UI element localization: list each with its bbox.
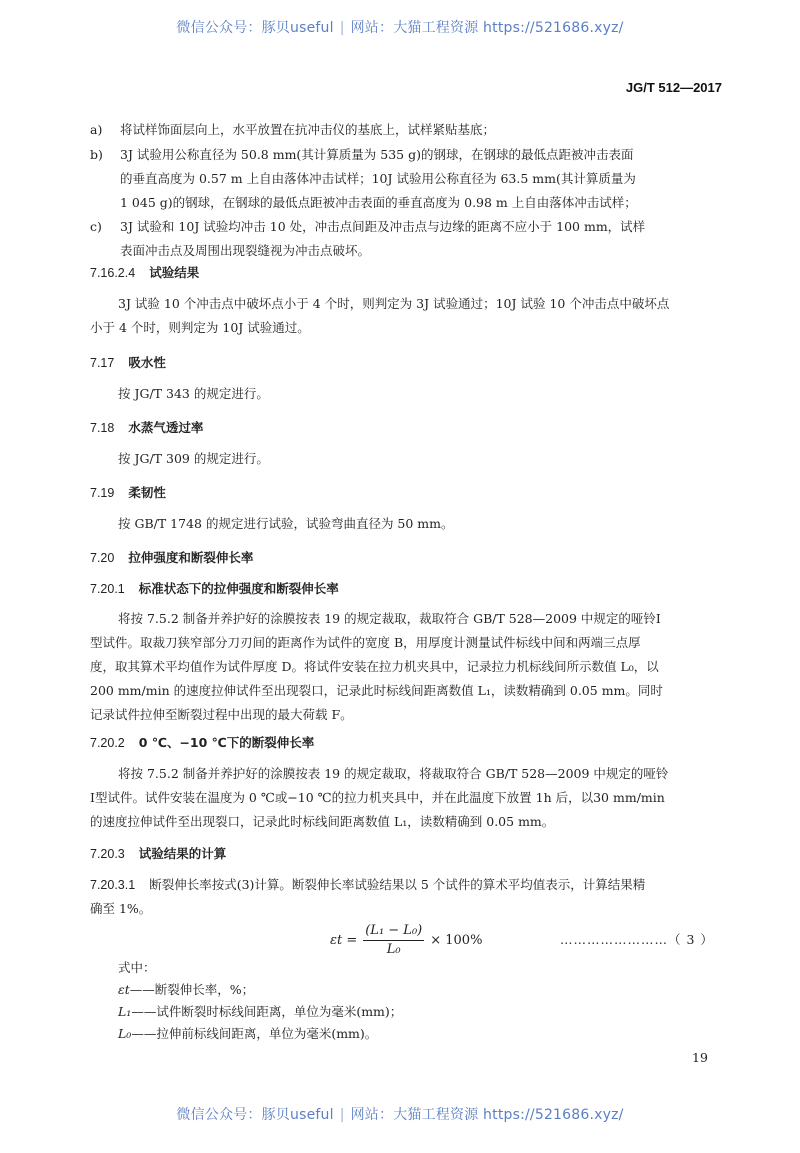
paragraph-line: 的速度拉伸试件至出现裂口，记录此时标线间距离数值 L₁，读数精确到 0.05 m… <box>90 810 730 834</box>
where-item-epsilon: εt——断裂伸长率，%； <box>118 978 254 1002</box>
paragraph-7-19: 按 GB/T 1748 的规定进行试验，试验弯曲直径为 50 mm。 <box>118 512 454 536</box>
section-heading-7-17: 7.17吸水性 <box>90 351 166 375</box>
watermark-wechat: 微信公众号：豚贝useful <box>176 1107 333 1123</box>
watermark-wechat: 微信公众号：豚贝useful <box>176 20 333 36</box>
where-symbol: L₀ <box>118 1026 131 1041</box>
section-heading-7-18: 7.18水蒸气透过率 <box>90 416 203 440</box>
list-text: 表面冲击点及周围出现裂缝视为冲击点破坏。 <box>120 239 730 263</box>
paragraph-7-16-2-4-cont: 小于 4 个时，则判定为 10J 试验通过。 <box>90 316 730 340</box>
section-title: 拉伸强度和断裂伸长率 <box>128 550 253 565</box>
list-text: 1 045 g)的钢球，在钢球的最低点距被冲击表面的垂直高度为 0.98 m 上… <box>120 191 730 215</box>
paragraph-7-20-1-cont: 型试件。取裁刀狭窄部分刀刃间的距离作为试件的宽度 B，用厚度计测量试件标线中间和… <box>90 631 730 727</box>
section-number: 7.19 <box>90 486 114 500</box>
section-number: 7.16.2.4 <box>90 266 135 280</box>
list-text: 3J 试验用公称直径为 50.8 mm(其计算质量为 535 g)的钢球，在钢球… <box>120 143 730 167</box>
formula-numerator: (L₁ − L₀) <box>363 922 424 941</box>
section-heading-7-20: 7.20拉伸强度和断裂伸长率 <box>90 546 253 570</box>
paragraph-line: Ⅰ型试件。试件安装在温度为 0 ℃或−10 ℃的拉力机夹具中，并在此温度下放置 … <box>90 786 730 810</box>
paragraph-line: 度，取其算术平均值作为试件厚度 D。将试件安装在拉力机夹具中，记录拉力机标线间所… <box>90 655 730 679</box>
paragraph-7-16-2-4: 3J 试验 10 个冲击点中破坏点小于 4 个时，则判定为 3J 试验通过；10… <box>90 292 730 316</box>
section-heading-7-20-3: 7.20.3试验结果的计算 <box>90 842 226 866</box>
paragraph-7-18: 按 JG/T 309 的规定进行。 <box>118 447 269 471</box>
watermark-website: 网站：大猫工程资源 https://521686.xyz/ <box>351 20 624 36</box>
paragraph-7-20-2: 将按 7.5.2 制备并养护好的涂膜按表 19 的规定裁取，将裁取符合 GB/T… <box>90 762 730 786</box>
where-desc: ——拉伸前标线间距离，单位为毫米(mm)。 <box>131 1026 377 1041</box>
where-desc: ——断裂伸长率，%； <box>130 982 254 997</box>
formula-denominator: L₀ <box>387 941 401 959</box>
section-number: 7.18 <box>90 421 114 435</box>
section-number: 7.20.2 <box>90 736 125 750</box>
section-title: 水蒸气透过率 <box>128 420 203 435</box>
section-number: 7.20 <box>90 551 114 565</box>
section-title: 柔韧性 <box>128 485 166 500</box>
paragraph-line: 记录试件拉伸至断裂过程中出现的最大荷载 F。 <box>90 703 730 727</box>
section-heading-7-16-2-4: 7.16.2.4试验结果 <box>90 261 199 285</box>
section-title: 试验结果的计算 <box>139 846 227 861</box>
list-item-a: a) 将试样饰面层向上，水平放置在抗冲击仪的基底上，试样紧贴基底； <box>120 118 730 142</box>
paragraph-line: 将按 7.5.2 制备并养护好的涂膜按表 19 的规定裁取，裁取符合 GB/T … <box>90 607 730 631</box>
formula-fraction: (L₁ − L₀) L₀ <box>363 922 424 959</box>
equation-number: ……………………（ 3 ） <box>560 928 714 952</box>
list-text: 的垂直高度为 0.57 m 上自由落体冲击试样；10J 试验用公称直径为 63.… <box>120 167 730 191</box>
where-intro: 式中： <box>118 956 156 980</box>
list-item-c: c) 3J 试验和 10J 试验均冲击 10 处，冲击点间距及冲击点与边缘的距离… <box>120 215 730 263</box>
section-title: 标准状态下的拉伸强度和断裂伸长率 <box>139 581 339 596</box>
where-item-l1: L₁——试件断裂时标线间距离，单位为毫米(mm)； <box>118 1000 402 1024</box>
formula-rhs: × 100% <box>430 929 482 953</box>
section-number: 7.17 <box>90 356 114 370</box>
paragraph-line: 小于 4 个时，则判定为 10J 试验通过。 <box>90 316 730 340</box>
list-text: 3J 试验和 10J 试验均冲击 10 处，冲击点间距及冲击点与边缘的距离不应小… <box>120 215 730 239</box>
where-desc: ——试件断裂时标线间距离，单位为毫米(mm)； <box>131 1004 402 1019</box>
section-number: 7.20.3.1 <box>90 877 149 892</box>
list-item-b: b) 3J 试验用公称直径为 50.8 mm(其计算质量为 535 g)的钢球，… <box>120 143 730 215</box>
section-number: 7.20.1 <box>90 582 125 596</box>
section-heading-7-20-2: 7.20.20 ℃、−10 ℃下的断裂伸长率 <box>90 731 314 755</box>
where-symbol: εt <box>118 982 130 997</box>
section-heading-7-19: 7.19柔韧性 <box>90 481 166 505</box>
paragraph-line: 断裂伸长率按式(3)计算。断裂伸长率试验结果以 5 个试件的算术平均值表示，计算… <box>149 877 645 892</box>
paragraph-line: 3J 试验 10 个冲击点中破坏点小于 4 个时，则判定为 3J 试验通过；10… <box>90 292 730 316</box>
section-title: 吸水性 <box>128 355 166 370</box>
where-symbol: L₁ <box>118 1004 131 1019</box>
section-title: 试验结果 <box>149 265 199 280</box>
section-heading-7-20-1: 7.20.1标准状态下的拉伸强度和断裂伸长率 <box>90 577 339 601</box>
watermark-website: 网站：大猫工程资源 https://521686.xyz/ <box>351 1107 624 1123</box>
section-number-text: 7.20.3.1 <box>90 878 135 892</box>
watermark-bottom: 微信公众号：豚贝useful|网站：大猫工程资源 https://521686.… <box>0 1104 800 1124</box>
section-title: 0 ℃、−10 ℃下的断裂伸长率 <box>139 735 315 750</box>
paragraph-7-20-2-cont: Ⅰ型试件。试件安装在温度为 0 ℃或−10 ℃的拉力机夹具中，并在此温度下放置 … <box>90 786 730 834</box>
page-number: 19 <box>692 1046 708 1070</box>
paragraph-7-20-1: 将按 7.5.2 制备并养护好的涂膜按表 19 的规定裁取，裁取符合 GB/T … <box>90 607 730 631</box>
formula-lhs: εt = <box>330 929 357 953</box>
paragraph-7-20-3-1: 7.20.3.1断裂伸长率按式(3)计算。断裂伸长率试验结果以 5 个试件的算术… <box>90 873 730 921</box>
watermark-separator: | <box>340 20 345 36</box>
watermark-separator: | <box>340 1107 345 1123</box>
formula-elongation: εt = (L₁ − L₀) L₀ × 100% <box>330 922 482 959</box>
section-number: 7.20.3 <box>90 847 125 861</box>
list-label: b) <box>90 143 103 167</box>
paragraph-line: 将按 7.5.2 制备并养护好的涂膜按表 19 的规定裁取，将裁取符合 GB/T… <box>90 762 730 786</box>
list-label: c) <box>90 215 102 239</box>
paragraph-7-17: 按 JG/T 343 的规定进行。 <box>118 382 269 406</box>
list-label: a) <box>90 118 102 142</box>
where-item-l0: L₀——拉伸前标线间距离，单位为毫米(mm)。 <box>118 1022 377 1046</box>
paragraph-line: 200 mm/min 的速度拉伸试件至出现裂口，记录此时标线间距离数值 L₁，读… <box>90 679 730 703</box>
standard-code: JG/T 512—2017 <box>626 80 722 95</box>
watermark-top: 微信公众号：豚贝useful|网站：大猫工程资源 https://521686.… <box>0 17 800 37</box>
paragraph-line: 确至 1%。 <box>90 897 730 921</box>
list-text: 将试样饰面层向上，水平放置在抗冲击仪的基底上，试样紧贴基底； <box>120 118 730 142</box>
paragraph-line: 型试件。取裁刀狭窄部分刀刃间的距离作为试件的宽度 B，用厚度计测量试件标线中间和… <box>90 631 730 655</box>
